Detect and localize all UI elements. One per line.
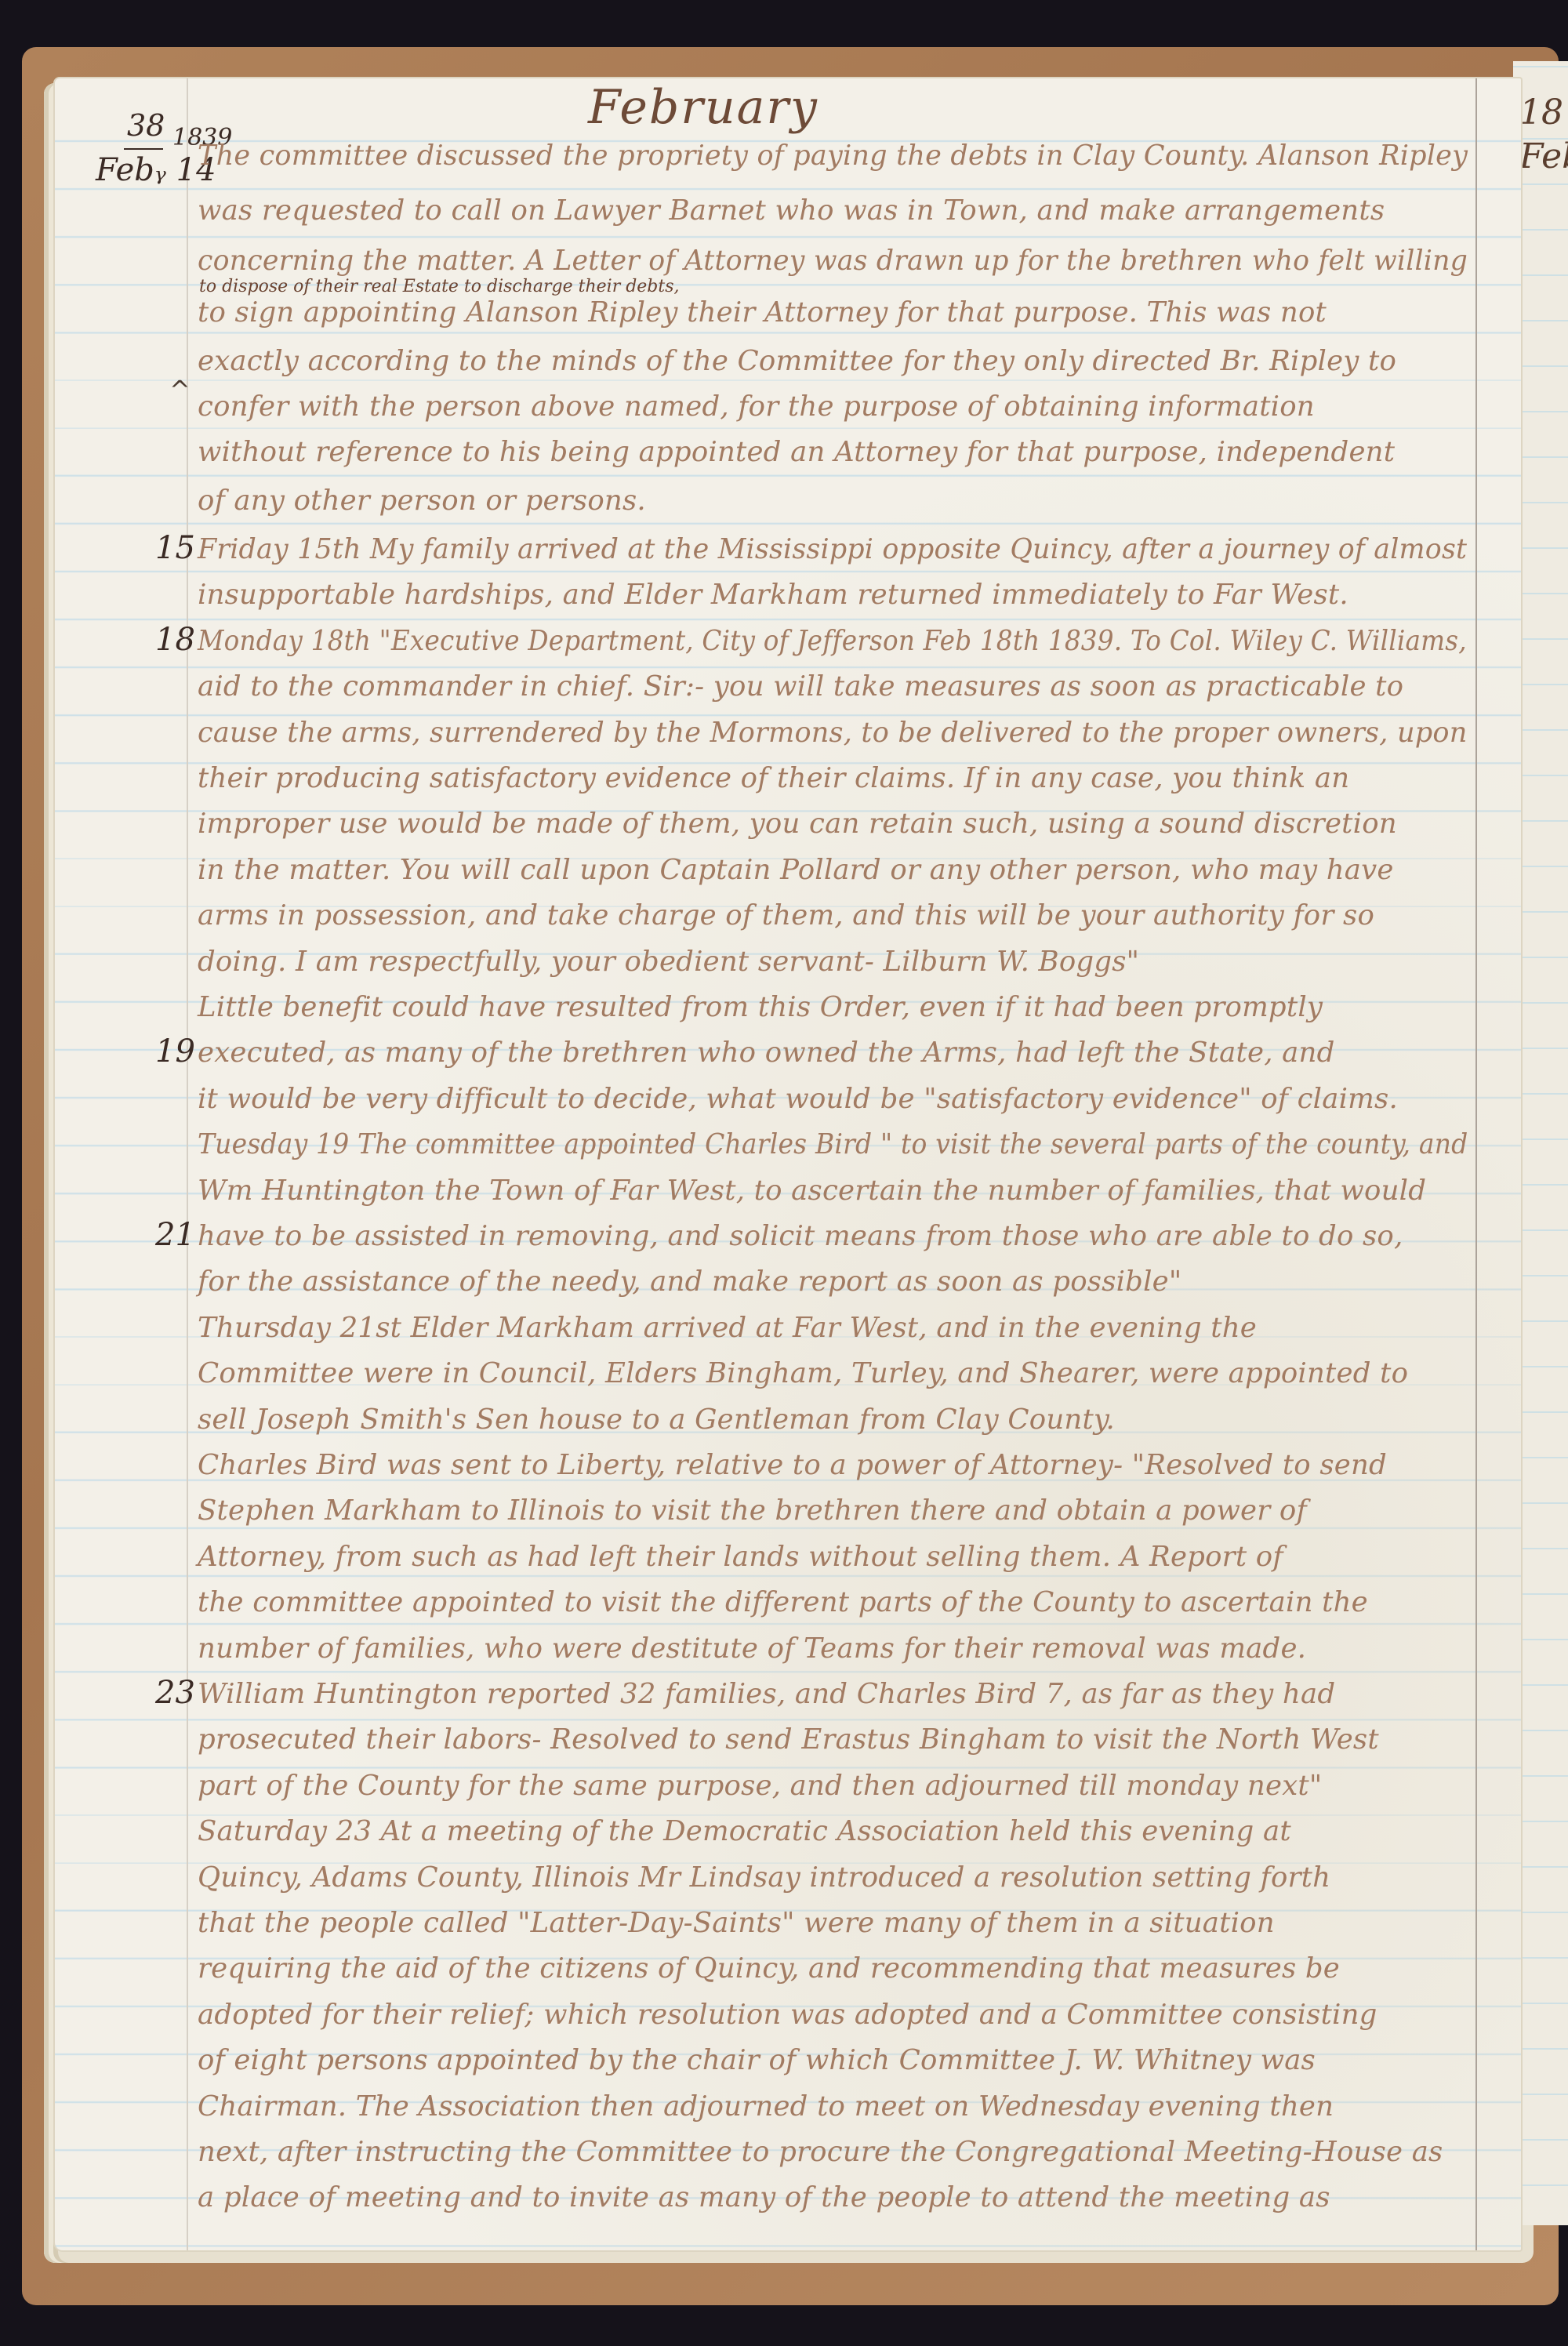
manuscript-line: cause the arms, surrendered by the Mormo… <box>198 717 1468 749</box>
manuscript-line: that the people called "Latter-Day-Saint… <box>198 1907 1275 1939</box>
insertion-caret: ^ <box>169 375 191 405</box>
manuscript-line: Stephen Markham to Illinois to visit the… <box>198 1494 1307 1527</box>
manuscript-line: for the assistance of the needy, and mak… <box>198 1266 1181 1298</box>
page-number-rule <box>124 148 163 150</box>
manuscript-line: requiring the aid of the citizens of Qui… <box>198 1952 1340 1985</box>
manuscript-line: improper use would be made of them, you … <box>198 808 1397 840</box>
manuscript-line: Monday 18th "Executive Department, City … <box>198 625 1467 657</box>
manuscript-line: confer with the person above named, for … <box>198 390 1315 423</box>
margin-day-marker: 15 <box>155 530 195 566</box>
manuscript-line: Wm Huntington the Town of Far West, to a… <box>198 1175 1426 1207</box>
margin-day-marker: 19 <box>155 1033 195 1069</box>
manuscript-line: arms in possession, and take charge of t… <box>198 899 1374 931</box>
manuscript-line: to sign appointing Alanson Ripley their … <box>198 296 1327 329</box>
manuscript-line: part of the County for the same purpose,… <box>198 1770 1322 1802</box>
manuscript-line: insupportable hardships, and Elder Markh… <box>198 579 1348 611</box>
page-number: 38 <box>127 108 165 143</box>
manuscript-line: their producing satisfactory evidence of… <box>198 762 1349 794</box>
manuscript-line: William Huntington reported 32 families,… <box>198 1678 1335 1710</box>
manuscript-line: Friday 15th My family arrived at the Mis… <box>198 533 1467 565</box>
right-margin-rule <box>1475 78 1477 2250</box>
manuscript-line: Charles Bird was sent to Liberty, relati… <box>198 1449 1387 1481</box>
manuscript-line: was requested to call on Lawyer Barnet w… <box>198 194 1385 227</box>
month-heading: February <box>588 80 818 135</box>
interlinear-insertion: to dispose of their real Estate to disch… <box>199 277 680 296</box>
adjacent-page: 18 Febᵧ <box>1513 61 1568 2225</box>
manuscript-line: of any other person or persons. <box>198 485 646 517</box>
manuscript-line: of eight persons appointed by the chair … <box>198 2044 1316 2076</box>
manuscript-line: aid to the commander in chief. Sir:- you… <box>198 670 1403 703</box>
adjacent-date-fragment: Febᵧ <box>1519 136 1568 176</box>
manuscript-line: Tuesday 19 The committee appointed Charl… <box>198 1128 1468 1160</box>
manuscript-line: a place of meeting and to invite as many… <box>198 2181 1330 2213</box>
manuscript-line: Attorney, from such as had left their la… <box>198 1541 1283 1573</box>
manuscript-line: The committee discussed the propriety of… <box>198 140 1468 172</box>
margin-day-marker: 23 <box>155 1675 195 1711</box>
manuscript-line: Committee were in Council, Elders Bingha… <box>198 1357 1408 1389</box>
manuscript-line: number of families, who were destitute o… <box>198 1632 1306 1665</box>
manuscript-line: doing. I am respectfully, your obedient … <box>198 946 1139 978</box>
manuscript-line: have to be assisted in removing, and sol… <box>198 1220 1403 1252</box>
manuscript-line: adopted for their relief; which resoluti… <box>198 1999 1377 2031</box>
manuscript-line: prosecuted their labors- Resolved to sen… <box>198 1723 1379 1756</box>
manuscript-line: Little benefit could have resulted from … <box>198 991 1323 1023</box>
manuscript-line: concerning the matter. A Letter of Attor… <box>198 245 1468 277</box>
manuscript-page: February 38 1839 Febᵧ 14 ^ 1518192123 to… <box>55 78 1521 2250</box>
manuscript-line: without reference to his being appointed… <box>198 436 1395 468</box>
manuscript-line: Thursday 21st Elder Markham arrived at F… <box>198 1312 1257 1344</box>
manuscript-line: next, after instructing the Committee to… <box>198 2136 1443 2168</box>
margin-day-marker: 21 <box>155 1217 195 1253</box>
manuscript-line: the committee appointed to visit the dif… <box>198 1586 1368 1618</box>
margin-day-marker: 18 <box>155 622 195 658</box>
manuscript-line: it would be very difficult to decide, wh… <box>198 1083 1398 1115</box>
manuscript-line: Quincy, Adams County, Illinois Mr Lindsa… <box>198 1861 1330 1894</box>
manuscript-line: Saturday 23 At a meeting of the Democrat… <box>198 1815 1291 1847</box>
adjacent-year-fragment: 18 <box>1519 93 1563 133</box>
manuscript-line: sell Joseph Smith's Sen house to a Gentl… <box>198 1404 1115 1436</box>
manuscript-line: in the matter. You will call upon Captai… <box>198 854 1394 886</box>
manuscript-line: executed, as many of the brethren who ow… <box>198 1037 1335 1069</box>
manuscript-line: exactly according to the minds of the Co… <box>198 345 1396 377</box>
manuscript-line: Chairman. The Association then adjourned… <box>198 2090 1334 2123</box>
